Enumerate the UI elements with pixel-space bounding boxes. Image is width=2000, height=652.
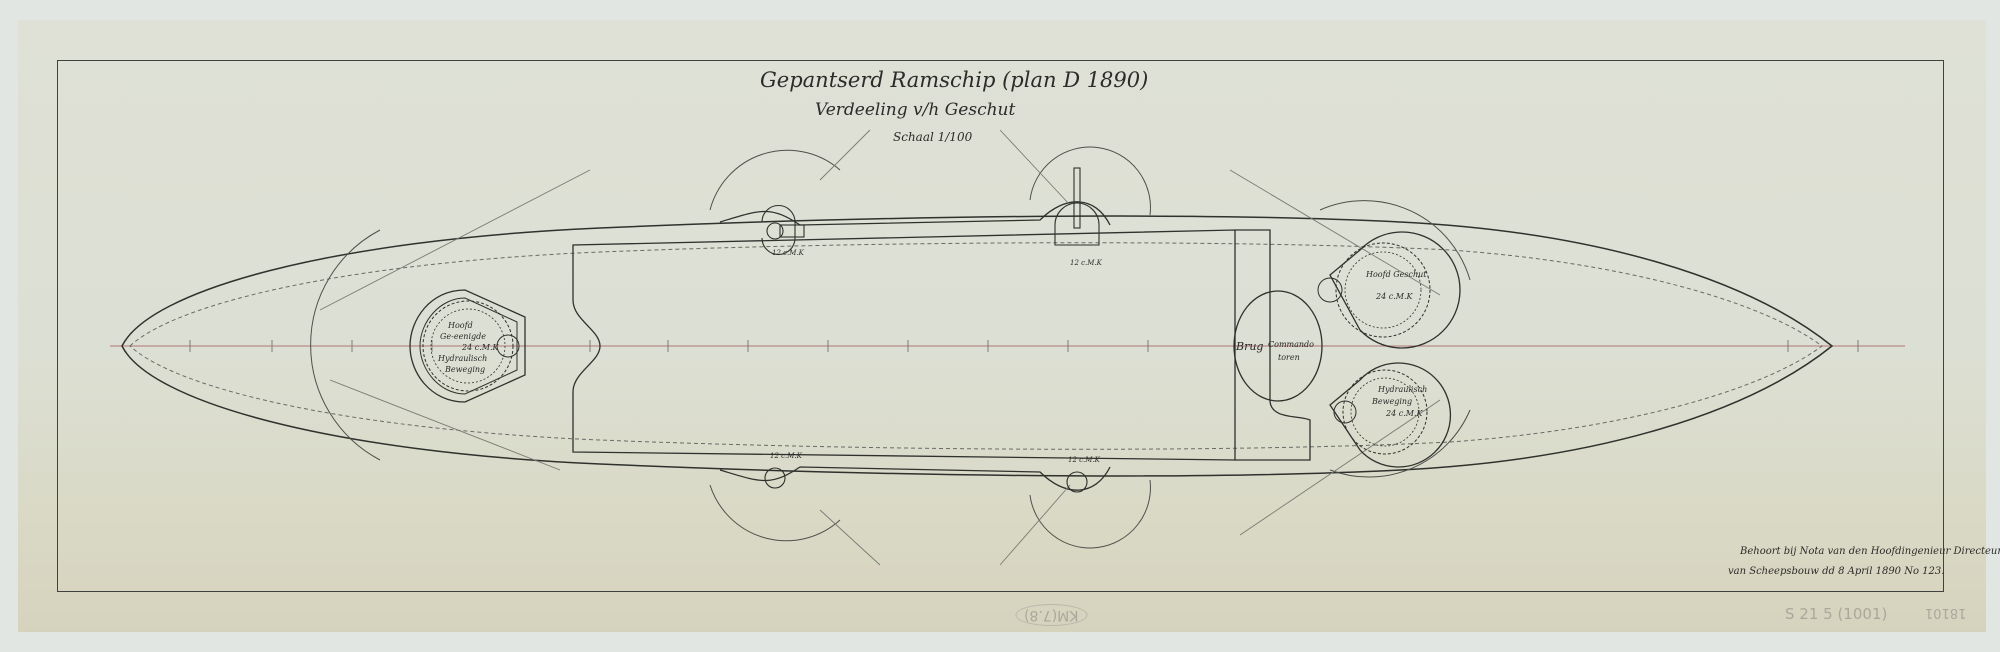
- aft-turret-label-4: Hydraulisch: [437, 354, 487, 363]
- catalogue-number: S 21 5 (1001): [1785, 605, 1887, 623]
- gun-label-top-fore: 12 c.M.K: [1070, 259, 1103, 267]
- deck-house: [573, 230, 1235, 460]
- gun-label-bottom-aft: 12 c.M.K: [770, 452, 803, 460]
- gun-label-bottom-fore: 12 c.M.K: [1068, 456, 1101, 464]
- fore-turret-bottom-label-3: 24 c.M.K: [1385, 409, 1423, 418]
- gun-12cm-bottom-fore: [1067, 472, 1087, 492]
- fore-turret-top-label-2: 24 c.M.K: [1375, 292, 1413, 301]
- bridge-label: Brug: [1235, 340, 1263, 353]
- fore-turret-top-label-1: Hoofd Geschut: [1365, 270, 1427, 279]
- aft-turret-label-2: Ge-eenigde: [440, 332, 486, 341]
- aft-turret-label-5: Beweging: [444, 365, 485, 374]
- gun-label-top-aft: 12 c.M.K: [772, 249, 805, 257]
- annotation-line-1: Behoort bij Nota van den Hoofdingenieur …: [1740, 546, 2000, 557]
- conning-tower-label-1: Commando: [1268, 340, 1314, 349]
- aft-turret-label-1: Hoofd: [447, 321, 473, 330]
- fore-turret-bottom-label-1: Hydraulisch: [1377, 385, 1427, 394]
- ship-plan-drawing: Hoofd Ge-eenigde 24 c.M.K Hydraulisch Be…: [0, 0, 2000, 652]
- aft-turret-label-3: 24 c.M.K: [461, 343, 499, 352]
- conning-tower-label-2: toren: [1278, 353, 1300, 362]
- fore-turret-bottom-label-2: Beweging: [1371, 397, 1412, 406]
- archive-stamp: KM(7.8): [1015, 604, 1087, 626]
- gun-12cm-top-aft: [762, 206, 804, 255]
- archive-number: 18101: [1925, 605, 1966, 620]
- annotation-line-2: van Scheepsbouw dd 8 April 1890 No 123.: [1728, 566, 1944, 577]
